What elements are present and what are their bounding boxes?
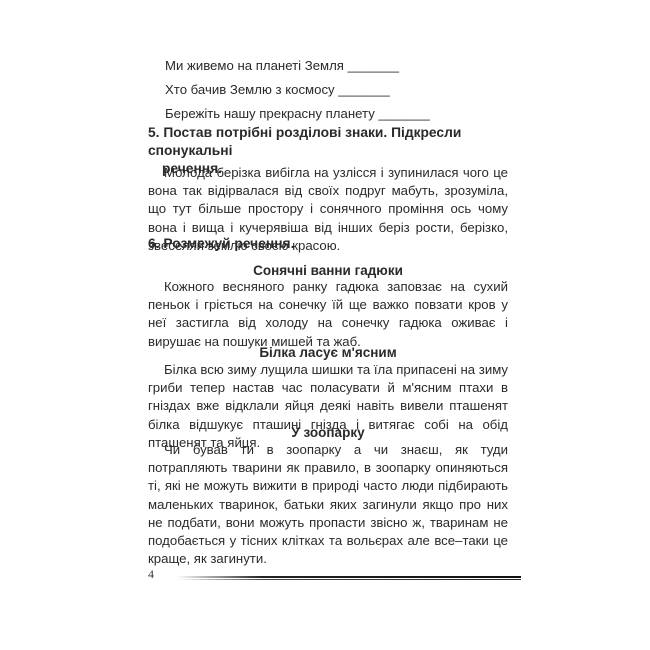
exercise-line-2: Хто бачив Землю з космосу _______ [165,81,390,99]
workbook-page: Ми живемо на планеті Земля _______ Хто б… [0,0,650,650]
task-6-heading: 6. Розмежуй речення. [148,235,508,253]
story-3-paragraph: Чи бував ти в зоопарку а чи знаєш, як ту… [148,441,508,568]
story-1-text: Кожного весняного ранку гадюка заповзає … [148,278,508,351]
story-3-title: У зоопарку [148,424,508,442]
exercise-line-1: Ми живемо на планеті Земля _______ [165,57,399,75]
story-3-text: Чи бував ти в зоопарку а чи знаєш, як ту… [148,441,508,568]
task-5-heading-line-1: 5. Постав потрібні розділові знаки. Підк… [148,125,461,158]
exercise-line-3: Бережіть нашу прекрасну планету _______ [165,105,430,123]
footer-rule [176,576,521,581]
footer-rule-thin [176,579,521,580]
story-1-paragraph: Кожного весняного ранку гадюка заповзає … [148,278,508,351]
story-2-title: Білка ласує м'ясним [148,344,508,362]
footer-rule-thick [176,576,521,578]
page-number: 4 [148,567,154,582]
